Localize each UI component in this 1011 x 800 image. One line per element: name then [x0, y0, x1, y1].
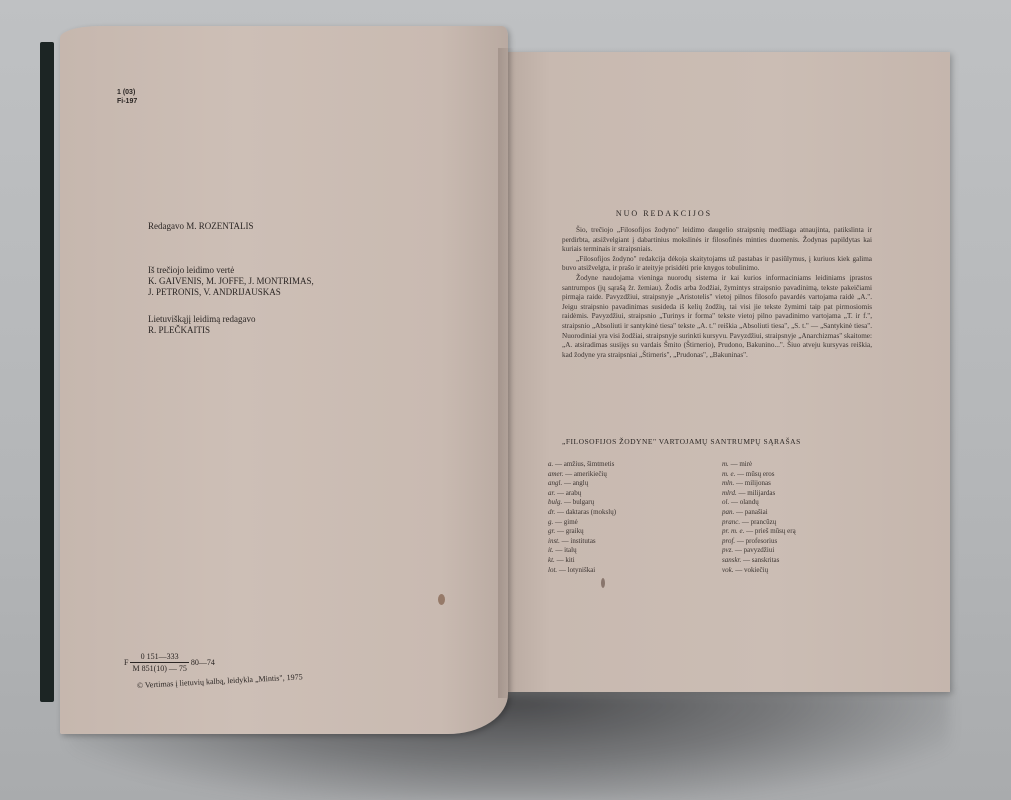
foreword-heading: NUO REDAKCIJOS [504, 208, 824, 219]
classification-code: 1 (03) Fi-197 [117, 88, 137, 106]
abbreviation-meaning: — mirė [729, 460, 752, 468]
index-formula: F0 151—333M 851(10) — 7580—74 [124, 651, 215, 674]
abbreviation-entry: pr. m. e. — prieš mūsų erą [722, 527, 796, 537]
abbreviation-entry: pan. — panašiai [722, 508, 796, 518]
foreword-paragraph: Šio, trečiojo „Filosofijos žodyno" leidi… [562, 226, 872, 255]
abbreviation-meaning: — prieš mūsų erą [744, 527, 795, 535]
abbreviation-term: mln. [722, 479, 734, 487]
abbreviation-entry: m. — mirė [722, 460, 796, 470]
foreword-paragraph: „Filosofijos žodyno" redakcija dėkoja sk… [562, 255, 872, 274]
abbreviations-title: „FILOSOFIJOS ŽODYNE" VARTOJAMŲ SANTRUMPŲ… [562, 436, 801, 447]
classification-line: 1 (03) [117, 88, 137, 97]
abbreviation-meaning: — olandų [729, 498, 759, 506]
abbreviation-meaning: — panašiai [734, 508, 767, 516]
index-fraction: 0 151—333M 851(10) — 75 [130, 651, 188, 674]
abbreviation-entry: a. — amžius, šimtmetis [548, 460, 616, 470]
foreword-paragraph: Žodyne naudojama vieninga nuorodų sistem… [562, 274, 872, 360]
abbreviation-meaning: — amerikiečių [563, 470, 607, 478]
abbreviation-meaning: — vokiečių [733, 566, 768, 574]
lithuanian-editor-label: Lietuviškąjį leidimą redagavo [148, 314, 255, 325]
abbreviation-meaning: — kiti [555, 556, 575, 564]
abbreviation-entry: pvz. — pavyzdžiui [722, 546, 796, 556]
index-suffix: 80—74 [191, 658, 215, 667]
abbreviation-meaning: — anglų [562, 479, 588, 487]
abbreviation-term: sanskr. [722, 556, 741, 564]
index-numerator: 0 151—333 [130, 651, 188, 663]
abbreviation-term: m. e. [722, 470, 735, 478]
abbreviation-term: bulg. [548, 498, 562, 506]
abbreviations-column-left: a. — amžius, šimtmetisamer. — amerikieči… [548, 460, 616, 575]
abbreviation-meaning: — prancūzų [740, 518, 776, 526]
abbreviation-meaning: — daktaras (mokslų) [555, 508, 616, 516]
index-denominator: M 851(10) — 75 [130, 663, 188, 674]
paper-stain [601, 578, 605, 588]
left-page [60, 26, 508, 734]
abbreviation-entry: ol. — olandų [722, 498, 796, 508]
abbreviation-term: pvz. [722, 546, 733, 554]
abbreviation-meaning: — institutas [560, 537, 596, 545]
abbreviation-meaning: — milijonas [734, 479, 771, 487]
abbreviation-term: angl. [548, 479, 562, 487]
abbreviation-entry: lot. — lotyniškai [548, 566, 616, 576]
abbreviation-entry: ar. — arabų [548, 489, 616, 499]
abbreviation-entry: g. — gimė [548, 518, 616, 528]
index-prefix: F [124, 658, 128, 667]
abbreviation-meaning: — milijardas [737, 489, 776, 497]
editor-credit: Redagavo M. ROZENTALIS [148, 221, 254, 232]
book-gutter [498, 48, 514, 698]
foreword-text: Šio, trečiojo „Filosofijos žodyno" leidi… [562, 226, 872, 360]
abbreviation-meaning: — bulgarų [562, 498, 594, 506]
abbreviation-entry: gr. — graikų [548, 527, 616, 537]
right-page [506, 52, 950, 692]
abbreviation-term: pranc. [722, 518, 740, 526]
abbreviation-entry: m. e. — mūsų eros [722, 470, 796, 480]
abbreviation-term: m. [722, 460, 729, 468]
abbreviation-meaning: — sanskritas [741, 556, 779, 564]
abbreviation-meaning: — lotyniškai [557, 566, 595, 574]
translators-line: K. GAIVENIS, M. JOFFE, J. MONTRIMAS, [148, 276, 314, 287]
abbreviation-entry: it. — italų [548, 546, 616, 556]
abbreviation-term: lot. [548, 566, 557, 574]
abbreviation-entry: vok. — vokiečių [722, 566, 796, 576]
abbreviation-term: mlrd. [722, 489, 737, 497]
classification-line: Fi-197 [117, 97, 137, 106]
abbreviation-entry: bulg. — bulgarų [548, 498, 616, 508]
abbreviation-entry: amer. — amerikiečių [548, 470, 616, 480]
book-cover-edge [40, 42, 54, 702]
abbreviation-meaning: — graikų [555, 527, 583, 535]
abbreviation-meaning: — amžius, šimtmetis [553, 460, 614, 468]
translation-label: Iš trečiojo leidimo vertė [148, 265, 234, 276]
abbreviation-meaning: — italų [554, 546, 577, 554]
abbreviation-entry: sanskr. — sanskritas [722, 556, 796, 566]
abbreviation-meaning: — gimė [553, 518, 578, 526]
abbreviation-meaning: — pavyzdžiui [733, 546, 774, 554]
abbreviation-term: inst. [548, 537, 560, 545]
paper-stain [438, 594, 445, 605]
abbreviation-term: pr. m. e. [722, 527, 744, 535]
abbreviation-term: amer. [548, 470, 563, 478]
abbreviation-entry: angl. — anglų [548, 479, 616, 489]
abbreviation-term: vok. [722, 566, 733, 574]
abbreviation-meaning: — profesorius [735, 537, 777, 545]
translators: K. GAIVENIS, M. JOFFE, J. MONTRIMAS, J. … [148, 276, 314, 298]
abbreviation-entry: pranc. — prancūzų [722, 518, 796, 528]
abbreviation-term: kt. [548, 556, 555, 564]
lithuanian-editor: R. PLEČKAITIS [148, 325, 210, 336]
abbreviation-entry: kt. — kiti [548, 556, 616, 566]
abbreviation-meaning: — arabų [555, 489, 581, 497]
abbreviations-column-right: m. — mirėm. e. — mūsų erosmln. — milijon… [722, 460, 796, 575]
abbreviation-entry: prof. — profesorius [722, 537, 796, 547]
abbreviation-entry: mlrd. — milijardas [722, 489, 796, 499]
abbreviation-entry: dr. — daktaras (mokslų) [548, 508, 616, 518]
abbreviation-meaning: — mūsų eros [735, 470, 774, 478]
abbreviation-entry: mln. — milijonas [722, 479, 796, 489]
translators-line: J. PETRONIS, V. ANDRIJAUSKAS [148, 287, 314, 298]
abbreviation-term: pan. [722, 508, 734, 516]
abbreviation-entry: inst. — institutas [548, 537, 616, 547]
abbreviation-term: prof. [722, 537, 735, 545]
